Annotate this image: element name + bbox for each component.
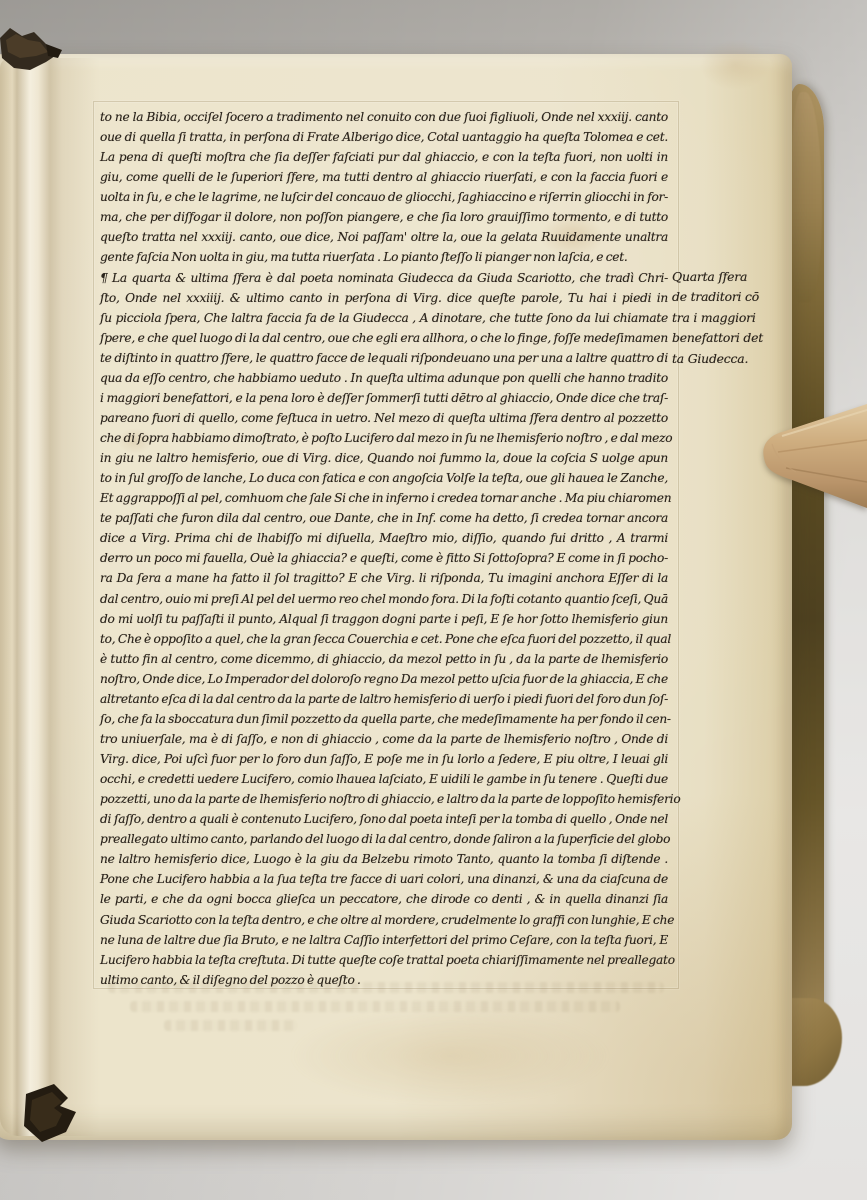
bleed-through-row [164, 1020, 297, 1031]
text-line: Et aggrappoſſi al pel, comhuom che ſale … [100, 488, 668, 508]
text-line: noſtro, Onde dice, Lo Imperador del dolo… [100, 669, 668, 689]
text-line: do mi uolſi tu paſſaſti il punto, Alqual… [100, 609, 668, 629]
text-line: to, Che è oppoſito a quel, che la gran ſ… [100, 629, 668, 649]
text-line: qua da eſſo centro, che habbiamo ueduto … [100, 368, 668, 388]
clasp-remnant [18, 1082, 94, 1148]
text-line: ra Da ſera a mane ha fatto il ſol tragit… [100, 568, 668, 588]
text-line: te diſtinto in quattro ſfere, le quattro… [100, 348, 668, 368]
margin-note-line: tra i maggiori [672, 308, 780, 328]
text-line: Giuda Scariotto con la teſta dentro, e c… [100, 910, 668, 930]
text-line: ne laltro hemisferio dice, Luogo è la gi… [100, 849, 668, 869]
frayed-spine-corner [0, 24, 66, 78]
text-line: uolta in ſu, e che le lagrime, ne luſcir… [100, 187, 668, 207]
bleed-through-text [108, 982, 664, 1040]
margin-note-line: benefattori det [672, 328, 780, 348]
margin-note-line: ta Giudecca. [672, 349, 780, 369]
margin-note-line: de traditori cō [672, 287, 780, 307]
text-line: pozzetti, uno da la parte de lhemisferio… [100, 789, 668, 809]
text-line: che di ſopra habbiamo dimoſtrato, è poſt… [100, 428, 668, 448]
text-line: te paſſati che furon dila dal centro, ou… [100, 508, 668, 528]
marginal-note: Quarta ſferade traditori cōtra i maggior… [672, 267, 780, 369]
text-line: to in ſul groſſo de lanche, Lo duca con … [100, 468, 668, 488]
text-line: occhi, e credetti uedere Lucifero, comio… [100, 769, 668, 789]
text-line: dice a Virg. Prima chi de lhabiſſo mi di… [100, 528, 668, 548]
text-line: ma, che per diſfogar il dolore, non poſſ… [100, 207, 668, 227]
text-line: di ſaſſo, dentro a quali è contenuto Luc… [100, 809, 668, 829]
text-line: è tutto fin al centro, come dicemmo, di … [100, 649, 668, 669]
text-line: ſo, che fa la sboccatura dun ſimil pozze… [100, 709, 668, 729]
text-line: La pena di queſti moſtra che ſia deſſer … [100, 147, 668, 167]
text-line: derro un poco mi fauella, Ouè la ghiacci… [100, 548, 668, 568]
text-line: Lucifero habbia la teſta creſtuta. Di tu… [100, 950, 668, 970]
text-line: ſto, Onde nel xxxiiij. & ultimo canto in… [100, 288, 668, 308]
text-line: ne luna de laltre due ſia Bruto, e ne la… [100, 930, 668, 950]
text-line: to ne la Bibia, occiſel ſocero a tradime… [100, 107, 668, 127]
text-line: oue di quella ſi tratta, in perſona di F… [100, 127, 668, 147]
bleed-through-row [130, 1001, 619, 1012]
bleed-through-row [108, 982, 664, 993]
text-line: pareano fuori di quello, come feſtuca in… [100, 408, 668, 428]
wooden-bookmark-stick [752, 396, 867, 512]
text-line: altretanto eſca di la dal centro da la p… [100, 689, 668, 709]
text-line: gente faſcia Non uolta in giu, ma tutta … [100, 247, 668, 267]
text-line: Virg. dice, Poi uſcì fuor per lo foro du… [100, 749, 668, 769]
text-line: queſto tratta nel xxxiij. canto, oue dic… [100, 227, 668, 247]
text-line: dal centro, ouio mi preſi Al pel del uer… [100, 589, 668, 609]
text-line: le parti, e che da ogni bocca glieſca un… [100, 889, 668, 909]
text-line: giu, come quelli de le ſuperiori ſfere, … [100, 167, 668, 187]
text-line: in giu ne laltro hemisferio, oue di Virg… [100, 448, 668, 468]
page-text-block: to ne la Bibia, occiſel ſocero a tradime… [100, 107, 668, 981]
text-line: ſpere, e che quel luogo di la dal centro… [100, 328, 668, 348]
text-line: i maggiori benefattori, e la pena loro è… [100, 388, 668, 408]
text-line: preallegato ultimo canto, parlando del l… [100, 829, 668, 849]
text-line: ſu picciola ſpera, Che laltra faccia fa … [100, 308, 668, 328]
text-line: ¶ La quarta & ultima ſfera è dal poeta n… [100, 268, 668, 288]
text-line: tro uniuerſale, ma è di ſaſſo, e non di … [100, 729, 668, 749]
text-line: Pone che Lucifero habbia a la ſua teſta … [100, 869, 668, 889]
margin-note-line: Quarta ſfera [672, 267, 780, 287]
